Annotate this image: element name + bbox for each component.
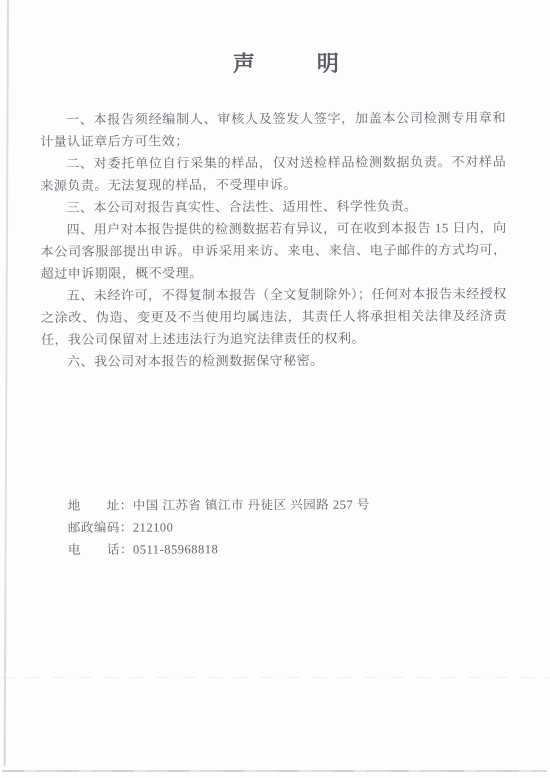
document-content: 声 明 一、本报告须经编制人、审核人及签发人签字，加盖本公司检测专用章和计量认证… [0,0,550,561]
contact-row-postcode: 邮政编码：212100 [68,515,550,539]
statement-body: 一、本报告须经编制人、审核人及签发人签字，加盖本公司检测专用章和计量认证章后方可… [40,107,507,373]
phone-label: 电 话： [68,543,133,557]
statement-paragraph-2: 二、对委托单位自行采集的样品，仅对送检样品检测数据负责。不对样品来源负责。无法复… [40,151,506,197]
statement-paragraph-1: 一、本报告须经编制人、审核人及签发人签字，加盖本公司检测专用章和计量认证章后方可… [40,107,506,153]
statement-paragraph-6: 六、我公司对本报告的检测数据保守秘密。 [41,349,507,373]
postcode-label: 邮政编码： [68,521,133,535]
document-title: 声 明 [0,49,550,79]
contact-row-phone: 电 话：0511-85968818 [68,537,550,561]
contact-block: 地 址：中国 江苏省 镇江市 丹徒区 兴园路 257 号 邮政编码：212100… [68,493,550,561]
scan-artifact-bottom-edge [2,770,547,772]
scan-artifact-fold-line [0,677,550,678]
postcode-value: 212100 [133,520,174,534]
phone-value: 0511-85968818 [133,542,218,556]
contact-row-address: 地 址：中国 江苏省 镇江市 丹徒区 兴园路 257 号 [68,493,550,517]
statement-paragraph-5: 五、未经许可，不得复制本报告（全文复制除外）；任何对本报告未经授权之涂改、伪造、… [41,283,507,351]
statement-paragraph-4: 四、用户对本报告提供的检测数据若有异议，可在收到本报告 15 日内，向本公司客服… [41,217,507,285]
document-page: 声 明 一、本报告须经编制人、审核人及签发人签字，加盖本公司检测专用章和计量认证… [0,0,550,778]
address-value: 中国 江苏省 镇江市 丹徒区 兴园路 257 号 [133,498,370,513]
address-label: 地 址： [68,499,133,513]
statement-paragraph-3: 三、本公司对报告真实性、合法性、适用性、科学性负责。 [40,195,506,219]
